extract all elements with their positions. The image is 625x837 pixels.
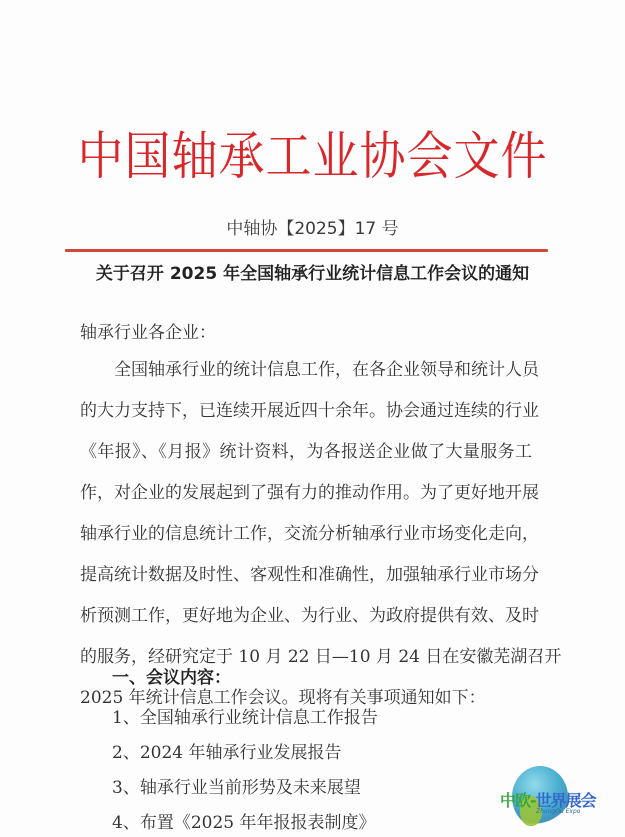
salutation: 轴承行业各企业： — [80, 322, 216, 344]
red-divider-rule — [65, 249, 548, 252]
watermark-text-green: 中欧- — [500, 791, 536, 810]
watermark-subtitle: ZhongOu Expo — [536, 808, 580, 815]
agenda-item: 3、轴承行业当前形势及未来展望 — [112, 771, 378, 806]
agenda-item: 4、布置《2025 年年报报表制度》 — [112, 806, 378, 837]
section-heading-meeting-content: 一、会议内容： — [112, 667, 231, 689]
body-line: 作，对企业的发展起到了强有力的推动作用。为了更好地开展 — [80, 473, 532, 514]
issuer-title: 中国轴承工业协会文件 — [0, 125, 625, 188]
body-line: 的大力支持下，已连续开展近四十余年。协会通过连续的行业 — [80, 391, 532, 432]
document-page: 中国轴承工业协会文件 中轴协【2025】17 号 关于召开 2025 年全国轴承… — [0, 0, 625, 837]
notice-title: 关于召开 2025 年全国轴承行业统计信息工作会议的通知 — [0, 262, 625, 286]
body-line: 析预测工作，更好地为企业、为行业、为政府提供有效、及时 — [80, 596, 532, 637]
agenda-list: 1、全国轴承行业统计信息工作报告 2、2024 年轴承行业发展报告 3、轴承行业… — [112, 701, 378, 837]
body-line: 全国轴承行业的统计信息工作，在各企业领导和统计人员 — [80, 350, 532, 391]
agenda-item: 1、全国轴承行业统计信息工作报告 — [112, 701, 378, 736]
document-number: 中轴协【2025】17 号 — [0, 218, 625, 240]
watermark-logo: 中欧-世界展会 ZhongOu Expo — [500, 766, 620, 832]
body-line: 提高统计数据及时性、客观性和准确性，加强轴承行业市场分 — [80, 555, 532, 596]
body-line: 轴承行业的信息统计工作，交流分析轴承行业市场变化走向， — [80, 514, 532, 555]
body-line: 《年报》、《月报》统计资料，为各报送企业做了大量服务工 — [80, 432, 532, 473]
body-paragraph: 全国轴承行业的统计信息工作，在各企业领导和统计人员 的大力支持下，已连续开展近四… — [80, 350, 532, 719]
agenda-item: 2、2024 年轴承行业发展报告 — [112, 736, 378, 771]
